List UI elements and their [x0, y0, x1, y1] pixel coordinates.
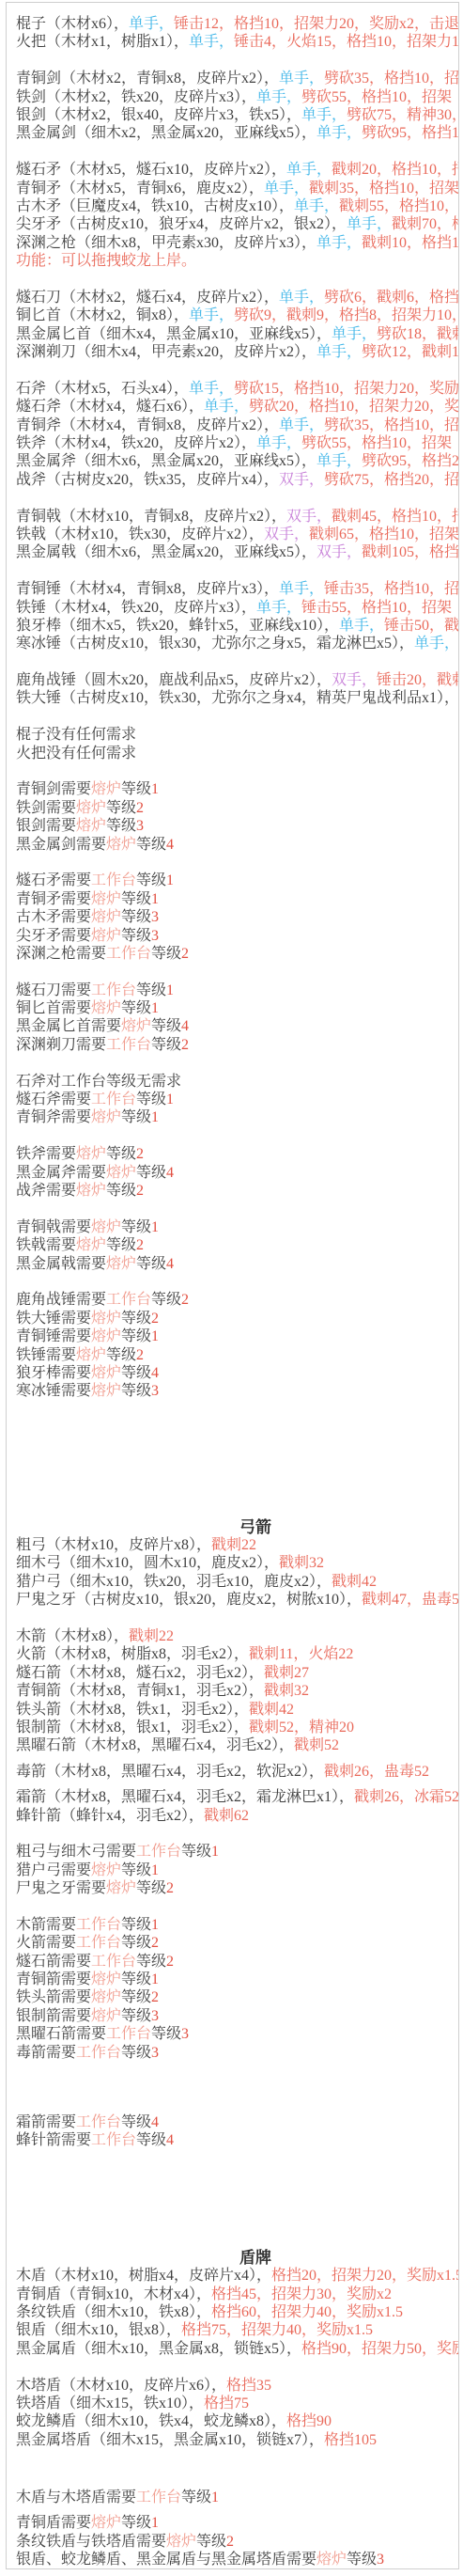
- text-segment: 银剑需要: [16, 818, 76, 834]
- shield-line: 黑金属盾（细木x10，黑金属x8，锁链x5），格挡90，招架力50，奖励: [16, 2340, 458, 2358]
- text-segment: 工作台: [91, 1092, 136, 1107]
- blank-line: [16, 1054, 458, 1072]
- text-segment: 单手，: [414, 636, 458, 652]
- text-segment: 狼牙棒（细木x5，铁x20，蜂针x5，亚麻线x10），: [16, 618, 339, 634]
- text-segment: 等级: [106, 1146, 136, 1162]
- text-segment: 黑金属戟（细木x6，黑金属x20，亚麻线x5），: [16, 544, 316, 560]
- text-segment: 戳刺105，格挡: [362, 544, 458, 560]
- text-segment: 熔炉: [91, 1989, 121, 2005]
- text-segment: 双手，: [279, 472, 324, 488]
- text-segment: 2: [166, 1880, 174, 1896]
- text-segment: 4: [151, 2114, 159, 2130]
- text-segment: 劈砍9，戳刺9，格挡8，招架力10，: [234, 307, 458, 323]
- text-segment: 单手，: [316, 125, 362, 141]
- weapon-line: 深渊剃刀（细木x4，甲壳素x20，皮碎片x2），单手，劈砍12，戳刺1: [16, 343, 458, 361]
- text-segment: 单手，: [189, 307, 234, 323]
- requirement-line: 霜箭需要工作台等级4: [16, 2113, 458, 2131]
- text-segment: 等级: [121, 2114, 151, 2130]
- weapon-line: 寒冰锤（古树皮x10，银x30，尤弥尔之身x5，霜龙淋巴x5），单手，: [16, 635, 458, 652]
- text-segment: 单手，: [279, 71, 324, 86]
- requirement-line: 棍子没有任何需求: [16, 726, 458, 744]
- text-segment: 古木矛需要: [16, 909, 91, 925]
- requirement-line: 铁戟需要熔炉等级2: [16, 1236, 458, 1254]
- text-segment: 等级: [106, 818, 136, 834]
- requirement-line: 尖牙矛需要熔炉等级3: [16, 927, 458, 945]
- text-segment: 3: [151, 928, 159, 944]
- text-segment: 毒箭（木材x8，黑曜石x4，羽毛x2，软泥x2），: [16, 1764, 324, 1780]
- text-segment: 工作台: [91, 872, 136, 888]
- text-segment: 木盾（木材x10，树脂x4，皮碎片x4），: [16, 2268, 271, 2284]
- text-segment: 等级: [106, 1237, 136, 1253]
- requirement-line: 青铜盾需要熔炉等级1: [16, 2514, 458, 2532]
- text-segment: 工作台: [91, 2132, 136, 2148]
- text-segment: 燧石矛（木材x5，燧石x10，皮碎片x2），: [16, 162, 286, 178]
- text-segment: 青铜箭（木材x8，青铜x1，羽毛x2），: [16, 1683, 264, 1699]
- text-segment: 戳刺22: [211, 1537, 256, 1553]
- text-segment: 熔炉: [91, 1311, 121, 1327]
- shield-line: 黑金属塔盾（细木x15，黑金属x10，锁链x7），格挡105: [16, 2431, 458, 2449]
- text-segment: 等级: [136, 1092, 166, 1107]
- weapon-line: 燧石矛（木材x5，燧石x10，皮碎片x2），单手，戳刺20，格挡10，招: [16, 161, 458, 179]
- text-segment: 寒冰锤（古树皮x10，银x30，尤弥尔之身x5，霜龙淋巴x5），: [16, 636, 414, 652]
- text-segment: 工作台: [91, 1954, 136, 1970]
- text-segment: 等级: [136, 982, 166, 998]
- text-segment: 戳刺45，格挡10，招: [332, 509, 458, 525]
- text-segment: 等级: [106, 800, 136, 816]
- text-segment: 单手，: [279, 417, 324, 433]
- document-content: 棍子（木材x6），单手，锤击12，格挡10，招架力20，奖励x2，击退火把（木材…: [7, 3, 458, 2568]
- text-segment: 3: [151, 2008, 159, 2024]
- text-segment: 铁戟（木材x10，铁x30，皮碎片x2），: [16, 526, 264, 542]
- text-segment: 3: [151, 909, 159, 925]
- text-segment: 等级: [151, 1037, 181, 1053]
- text-segment: 燧石矛需要: [16, 872, 91, 888]
- section-spacer: [16, 2150, 458, 2249]
- text-segment: 青铜剑（木材x2，青铜x8，皮碎片x2），: [16, 71, 279, 86]
- text-segment: 2: [136, 800, 144, 816]
- text-segment: 格挡45，招架力30，奖励x2: [211, 2286, 392, 2302]
- weapon-line: 青铜戟（木材x10，青铜x8，皮碎片x2），双手，戳刺45，格挡10，招: [16, 508, 458, 526]
- text-segment: 格挡60，招架力40，奖励x1.5: [211, 2304, 403, 2320]
- text-segment: 戳刺52: [294, 1737, 339, 1753]
- requirement-line: 深渊之枪需要工作台等级2: [16, 945, 458, 963]
- blank-line: [16, 562, 458, 580]
- text-segment: 等级: [136, 1880, 166, 1896]
- weapon-line: 铁剑（木材x2，铁x20，皮碎片x3），单手，劈砍55，格挡10，招架: [16, 88, 458, 106]
- text-segment: 等级: [121, 1219, 151, 1235]
- text-segment: 熔炉: [316, 2552, 347, 2568]
- text-segment: 等级: [121, 909, 151, 925]
- text-segment: 青铜锤（木材x4，青铜x8，皮碎片x3），: [16, 581, 279, 597]
- text-segment: 劈砍95，格挡1: [362, 125, 458, 141]
- text-segment: 霜箭需要: [16, 2114, 76, 2130]
- requirement-line: 黑金属剑需要熔炉等级4: [16, 836, 458, 854]
- text-segment: 格挡35: [226, 2378, 271, 2394]
- shield-line: 蛟龙鳞盾（细木x10，铁x4，蛟龙鳞x8），格挡90: [16, 2412, 458, 2430]
- text-segment: 3: [181, 2026, 189, 2042]
- shield-line: 条纹铁盾（细木x10，铁x8），格挡60，招架力40，奖励x1.5: [16, 2303, 458, 2321]
- requirement-line: 青铜剑需要熔炉等级1: [16, 780, 458, 798]
- shield-line: 铁塔盾（细木x15，铁x10），格挡75: [16, 2395, 458, 2412]
- text-segment: 戳刺35，格挡10，招架: [309, 181, 458, 196]
- text-segment: 戳刺65，格挡10，招架: [309, 526, 458, 542]
- text-segment: 4: [166, 1165, 174, 1181]
- text-segment: 鹿角战锤（圆木x20，鹿战利品x5，皮碎片x2），: [16, 672, 332, 688]
- text-segment: 银剑（木材x2，银x40，皮碎片x3，铁x5），: [16, 107, 301, 123]
- blank-line: [16, 708, 458, 726]
- text-segment: 熔炉: [76, 1183, 106, 1199]
- arrow-line: 蜂针箭（蜂针x4，羽毛x2），戳刺62: [16, 1807, 458, 1825]
- text-segment: 等级: [136, 1954, 166, 1970]
- bow-line: 猎户弓（细木x10，铁x20，羽毛x10，鹿皮x2），戳刺42: [16, 1573, 458, 1591]
- text-segment: 铁戟需要: [16, 1237, 76, 1253]
- text-segment: 4: [151, 1365, 159, 1381]
- requirement-line: 青铜斧需要熔炉等级1: [16, 1108, 458, 1126]
- weapon-line: 青铜锤（木材x4，青铜x8，皮碎片x3），单手，锤击35，格挡10，招: [16, 580, 458, 598]
- requirement-line: 银盾、蛟龙鳞盾、黑金属盾与黑金属塔盾需要熔炉等级3: [16, 2551, 458, 2568]
- weapon-line: 黑金属匕首（细木x4，黑金属x10，亚麻线x5），单手，劈砍18，戳刺: [16, 325, 458, 343]
- text-segment: 劈砍55，格挡10，招架: [301, 435, 452, 451]
- requirement-line: 青铜矛需要熔炉等级1: [16, 890, 458, 908]
- text-segment: 等级: [121, 2515, 151, 2531]
- text-segment: 古木矛（巨魔皮x4，铁x10，古树皮x10），: [16, 198, 294, 214]
- text-segment: 3: [377, 2552, 384, 2568]
- requirement-line: 木盾与木塔盾需要工作台等级1: [16, 2489, 458, 2506]
- text-segment: 2: [136, 1146, 144, 1162]
- bow-line: 粗弓（木材x10，皮碎片x8），戳刺22: [16, 1536, 458, 1554]
- text-segment: 等级: [151, 946, 181, 962]
- text-segment: 单手，: [256, 435, 301, 451]
- text-segment: 深渊剃刀需要: [16, 1037, 106, 1053]
- text-segment: 青铜锤需要: [16, 1328, 91, 1344]
- requirement-line: 古木矛需要熔炉等级3: [16, 908, 458, 926]
- arrow-line: 青铜箭（木材x8，青铜x1，羽毛x2），戳刺32: [16, 1682, 458, 1700]
- text-segment: 等级: [121, 928, 151, 944]
- text-segment: 2: [181, 1292, 189, 1308]
- text-segment: 双手，: [264, 526, 309, 542]
- text-segment: 工作台: [136, 2490, 181, 2505]
- text-segment: 等级: [121, 2045, 151, 2061]
- text-segment: 熔炉: [91, 2008, 121, 2024]
- blank-line: [16, 143, 458, 161]
- text-segment: 等级: [136, 2132, 166, 2148]
- weapon-line: 青铜矛（木材x5，青铜x6，鹿皮x2），单手，戳刺35，格挡10，招架: [16, 180, 458, 197]
- text-segment: 木盾与木塔盾需要: [16, 2490, 136, 2505]
- text-segment: 4: [166, 2132, 174, 2148]
- text-segment: 寒冰锤需要: [16, 1383, 91, 1399]
- text-segment: 戳刺70，格: [392, 216, 458, 232]
- text-segment: 双手，: [332, 672, 377, 688]
- text-segment: 单手，: [301, 107, 347, 123]
- text-segment: 4: [181, 1018, 189, 1034]
- text-segment: 燧石箭需要: [16, 1954, 91, 1970]
- shield-line: 木盾（木材x10，树脂x4，皮碎片x4），格挡20，招架力20，奖励x1.5: [16, 2267, 458, 2285]
- text-segment: 深渊之枪需要: [16, 946, 106, 962]
- requirement-line: 火箭需要工作台等级2: [16, 1934, 458, 1952]
- text-segment: 1: [151, 1328, 159, 1344]
- text-segment: 单手，: [129, 16, 174, 32]
- blank-line: [16, 1898, 458, 1916]
- text-segment: 劈砍18，戳刺: [377, 326, 458, 342]
- text-segment: 锤击35，格挡10，招: [324, 581, 458, 597]
- text-segment: 单手，: [347, 216, 392, 232]
- requirement-line: 条纹铁盾与铁塔盾需要熔炉等级2: [16, 2533, 458, 2551]
- text-segment: 4: [166, 1256, 174, 1272]
- text-segment: 工作台: [106, 1037, 151, 1053]
- weapon-line: 铁锤（木材x4，铁x20，皮碎片x3），单手，锤击55，格挡10，招架: [16, 599, 458, 617]
- text-segment: 劈砍15，格挡10，招架力20，奖励: [234, 381, 458, 397]
- text-segment: 等级: [151, 1018, 181, 1034]
- arrow-line: 铁头箭（木材x8，铁x1，羽毛x2），戳刺42: [16, 1701, 458, 1719]
- text-segment: 蜂针箭（蜂针x4，羽毛x2），: [16, 1808, 204, 1824]
- weapon-line: 铁大锤（古树皮x10，铁x30，尤弥尔之身x4，精英尸鬼战利品x1），: [16, 689, 458, 707]
- text-segment: 熔炉: [91, 2515, 121, 2531]
- text-segment: 戳刺62: [204, 1808, 249, 1824]
- blank-line: [16, 963, 458, 981]
- text-segment: 1: [211, 2490, 219, 2505]
- weapon-line: 燧石斧（木材x4，燧石x6），单手，劈砍20，格挡10，招架力20，奖: [16, 398, 458, 416]
- text-segment: 等级: [121, 1971, 151, 1987]
- text-segment: 铁锤（木材x4，铁x20，皮碎片x3），: [16, 600, 256, 616]
- requirement-line: 铁头箭需要熔炉等级2: [16, 1988, 458, 2006]
- blank-line: [16, 854, 458, 872]
- text-segment: 等级: [136, 1165, 166, 1181]
- weapon-line: 棍子（木材x6），单手，锤击12，格挡10，招架力20，奖励x2，击退: [16, 15, 458, 33]
- text-segment: 燧石刀（木材x2，燧石x4，皮碎片x2），: [16, 290, 279, 306]
- text-segment: 等级: [151, 1292, 181, 1308]
- text-segment: 青铜斧（木材x4，青铜x8，皮碎片x2），: [16, 417, 279, 433]
- text-segment: 劈砍12，戳刺1: [362, 344, 458, 360]
- text-segment: 黑金属盾（细木x10，黑金属x8，锁链x5），: [16, 2341, 301, 2357]
- arrow-line: 火箭（木材x8，树脂x8，羽毛x2），戳刺11，火焰22: [16, 1645, 458, 1663]
- text-segment: 3: [151, 2045, 159, 2061]
- requirement-line: 狼牙棒需要熔炉等级4: [16, 1364, 458, 1382]
- text-segment: 霜箭（木材x8，黑曜石x4，羽毛x2，霜龙淋巴x1），: [16, 1789, 354, 1805]
- requirement-line: 深渊剃刀需要工作台等级2: [16, 1036, 458, 1054]
- weapon-line: 火把（木材x1，树脂x1），单手，锤击4，火焰15，格挡10，招架力1: [16, 33, 458, 51]
- text-segment: 工作台: [91, 982, 136, 998]
- text-segment: 熔炉: [91, 1000, 121, 1016]
- text-segment: 工作台: [136, 1844, 181, 1860]
- blank-line: [16, 270, 458, 288]
- text-segment: 熔炉: [166, 2534, 196, 2550]
- section-spacer: [16, 2449, 458, 2489]
- text-segment: 3: [151, 1383, 159, 1399]
- text-segment: 深渊剃刀（细木x4，甲壳素x20，皮碎片x2），: [16, 344, 316, 360]
- weapon-line: 黑金属戟（细木x6，黑金属x20，亚麻线x5），双手，戳刺105，格挡: [16, 543, 458, 561]
- text-segment: 木箭需要: [16, 1917, 76, 1933]
- text-segment: 等级: [136, 1256, 166, 1272]
- blank-line: [16, 1610, 458, 1627]
- requirement-line: 战斧需要熔炉等级2: [16, 1182, 458, 1200]
- text-segment: 尖牙矛（古树皮x10，狼牙x4，皮碎片x2，银x2），: [16, 216, 347, 232]
- weapon-line: 银剑（木材x2，银x40，皮碎片x3，铁x5），单手，劈砍75，精神30，: [16, 106, 458, 124]
- text-segment: 3: [136, 818, 144, 834]
- text-segment: 工作台: [76, 2114, 121, 2130]
- document-page: { "page": { "width": 493, "height": 2740…: [0, 0, 463, 2576]
- text-segment: 单手，: [279, 290, 324, 306]
- text-segment: 单手，: [189, 34, 234, 50]
- text-segment: 戳刺52，精神20: [249, 1720, 354, 1736]
- text-segment: 燧石刀需要: [16, 982, 91, 998]
- text-segment: 尖牙矛需要: [16, 928, 91, 944]
- requirement-line: 蜂针箭需要工作台等级4: [16, 2131, 458, 2149]
- text-segment: 工作台: [76, 2045, 121, 2061]
- text-segment: 等级: [121, 1365, 151, 1381]
- text-segment: 等级: [136, 837, 166, 853]
- text-segment: 锤击55，格挡10，招架: [301, 600, 452, 616]
- text-segment: 劈砍6，戳刺6，格挡: [324, 290, 458, 306]
- text-segment: 棍子没有任何需求: [16, 727, 136, 743]
- weapon-line: 功能：可以拖拽蛟龙上岸。: [16, 252, 458, 270]
- text-segment: 2: [226, 2534, 234, 2550]
- text-segment: 熔炉: [91, 781, 121, 797]
- requirement-line: 铜匕首需要熔炉等级1: [16, 999, 458, 1017]
- text-segment: 戳刺20，格挡10，招: [332, 162, 458, 178]
- text-segment: 黑金属塔盾（细木x15，黑金属x10，锁链x7），: [16, 2432, 324, 2448]
- text-segment: 火箭（木材x8，树脂x8，羽毛x2），: [16, 1646, 249, 1662]
- weapon-line: 青铜剑（木材x2，青铜x8，皮碎片x2），单手，劈砍35，格挡10，招: [16, 70, 458, 87]
- text-segment: 单手，: [204, 399, 249, 415]
- text-segment: 双手，: [286, 509, 332, 525]
- weapon-line: 铁斧（木材x4，铁x20，皮碎片x2），单手，劈砍55，格挡10，招架: [16, 434, 458, 452]
- text-segment: 熔炉: [91, 909, 121, 925]
- text-segment: 等级: [196, 2534, 226, 2550]
- text-segment: 铁头箭（木材x8，铁x1，羽毛x2），: [16, 1702, 249, 1718]
- text-segment: 条纹铁盾与铁塔盾需要: [16, 2534, 166, 2550]
- text-segment: 戳刺42: [249, 1702, 294, 1718]
- text-segment: 2: [136, 1347, 144, 1363]
- text-segment: 铁剑需要: [16, 800, 76, 816]
- text-segment: 戳刺32: [264, 1683, 309, 1699]
- text-segment: 熔炉: [91, 1862, 121, 1878]
- text-segment: 劈砍35，格挡10，招: [324, 71, 458, 86]
- text-segment: 等级: [121, 891, 151, 907]
- text-segment: 单手，: [286, 162, 332, 178]
- text-segment: 单手，: [189, 381, 234, 397]
- text-segment: 粗弓（木材x10，皮碎片x8），: [16, 1537, 211, 1553]
- text-segment: 熔炉: [91, 1971, 121, 1987]
- weapon-line: 石斧（木材x5，石头x4），单手，劈砍15，格挡10，招架力20，奖励: [16, 380, 458, 398]
- blank-line: [16, 52, 458, 70]
- text-segment: 等级: [121, 781, 151, 797]
- requirement-line: 粗弓与细木弓需要工作台等级1: [16, 1843, 458, 1861]
- text-segment: 黑曜石箭需要: [16, 2026, 106, 2042]
- text-segment: 战斧（古树皮x20，铁x35，皮碎片x4），: [16, 472, 279, 488]
- text-segment: 劈砍95，格挡2: [362, 453, 458, 469]
- text-segment: 1: [151, 1219, 159, 1235]
- text-segment: 2: [151, 1311, 159, 1327]
- text-segment: 熔炉: [91, 1328, 121, 1344]
- shield-line: 木塔盾（木材x10，皮碎片x6），格挡35: [16, 2377, 458, 2395]
- text-segment: 等级: [121, 1935, 151, 1951]
- requirement-line: 银剑需要熔炉等级3: [16, 817, 458, 835]
- requirement-line: 燧石矛需要工作台等级1: [16, 872, 458, 889]
- text-segment: 单手，: [316, 453, 362, 469]
- text-segment: 石斧（木材x5，石头x4），: [16, 381, 189, 397]
- blank-line: [16, 489, 458, 507]
- text-segment: 青铜矛需要: [16, 891, 91, 907]
- text-segment: 等级: [136, 872, 166, 888]
- text-segment: 单手，: [279, 581, 324, 597]
- shield-line: 银盾（细木x10，银x8），格挡75，招架力40，奖励x1.5: [16, 2321, 458, 2339]
- text-segment: 等级: [121, 1862, 151, 1878]
- text-segment: 等级: [121, 1917, 151, 1933]
- text-segment: 戳刺11，火焰22: [249, 1646, 353, 1662]
- text-segment: 1: [151, 1971, 159, 1987]
- text-segment: 戳刺26，蛊毒52: [324, 1764, 429, 1780]
- text-segment: 锤击20，戳刺: [377, 672, 458, 688]
- text-segment: 4: [166, 837, 174, 853]
- text-segment: 熔炉: [91, 1383, 121, 1399]
- text-segment: 等级: [121, 2008, 151, 2024]
- blank-line: [16, 2358, 458, 2376]
- text-segment: 1: [151, 781, 159, 797]
- text-segment: 单手，: [256, 89, 301, 105]
- weapon-line: 深渊之枪（细木x8，甲壳素x30，皮碎片x3），单手，戳刺10，格挡1: [16, 234, 458, 252]
- requirement-line: 尸鬼之牙需要熔炉等级2: [16, 1879, 458, 1897]
- text-segment: 等级: [151, 2026, 181, 2042]
- text-segment: 青铜盾（青铜x10，木材x4），: [16, 2286, 211, 2302]
- blank-line: [16, 762, 458, 780]
- weapon-line: 青铜斧（木材x4，青铜x8，皮碎片x2），单手，劈砍35，格挡10，招: [16, 416, 458, 434]
- text-segment: 狼牙棒需要: [16, 1365, 91, 1381]
- text-segment: 等级: [121, 1109, 151, 1125]
- text-segment: 格挡20，招架力20，奖励x1.5: [271, 2268, 458, 2284]
- text-segment: 1: [211, 1844, 219, 1860]
- shield-line: 青铜盾（青铜x10，木材x4），格挡45，招架力30，奖励x2: [16, 2285, 458, 2303]
- section-header-bows: 弓箭: [16, 1518, 458, 1536]
- text-segment: 1: [151, 1917, 159, 1933]
- text-segment: 单手，: [256, 600, 301, 616]
- text-segment: 铜匕首（木材x2，铜x8），: [16, 307, 189, 323]
- text-segment: 熔炉: [91, 1109, 121, 1125]
- text-segment: 格挡90: [286, 2413, 332, 2429]
- text-segment: 戳刺27: [264, 1665, 309, 1681]
- text-segment: 熔炉: [76, 800, 106, 816]
- requirement-line: 燧石刀需要工作台等级1: [16, 982, 458, 999]
- text-segment: 黑金属斧（细木x6，黑金属x20，亚麻线x5），: [16, 453, 316, 469]
- requirement-line: 石斧对工作台等级无需求: [16, 1073, 458, 1091]
- section-header-shields: 盾牌: [16, 2249, 458, 2267]
- section-spacer: [16, 1781, 458, 1788]
- text-segment: 青铜戟需要: [16, 1219, 91, 1235]
- text-segment: 尸鬼之牙需要: [16, 1880, 106, 1896]
- text-segment: 铁锤需要: [16, 1347, 76, 1363]
- text-segment: 工作台: [106, 1292, 151, 1308]
- text-segment: 猎户弓需要: [16, 1862, 91, 1878]
- weapon-line: 狼牙棒（细木x5，铁x20，蜂针x5，亚麻线x10），单手，锤击50，戳: [16, 617, 458, 635]
- text-segment: 单手，: [339, 618, 384, 634]
- blank-line: [16, 361, 458, 379]
- text-segment: 黑金属剑（细木x2，黑金属x20，亚麻线x5），: [16, 125, 316, 141]
- arrow-line: 毒箭（木材x8，黑曜石x4，羽毛x2，软泥x2），戳刺26，蛊毒52: [16, 1763, 458, 1781]
- requirement-line: 火把没有任何需求: [16, 745, 458, 762]
- text-segment: 1: [151, 1862, 159, 1878]
- text-segment: 毒箭需要: [16, 2045, 76, 2061]
- text-segment: 细木弓（细木x10，圆木x10，鹿皮x2），: [16, 1555, 279, 1571]
- weapon-line: 黑金属斧（细木x6，黑金属x20，亚麻线x5），单手，劈砍95，格挡2: [16, 452, 458, 470]
- text-segment: 青铜剑需要: [16, 781, 91, 797]
- text-segment: 戳刺47，蛊毒5: [362, 1592, 458, 1608]
- text-segment: 单手，: [264, 181, 309, 196]
- text-segment: 戳刺10，格挡1: [362, 235, 458, 251]
- text-segment: 火箭需要: [16, 1935, 76, 1951]
- text-segment: 熔炉: [76, 1347, 106, 1363]
- weapon-line: 铁戟（木材x10，铁x30，皮碎片x2），双手，戳刺65，格挡10，招架: [16, 526, 458, 543]
- requirement-line: 铁斧需要熔炉等级2: [16, 1145, 458, 1163]
- text-segment: 青铜斧需要: [16, 1109, 91, 1125]
